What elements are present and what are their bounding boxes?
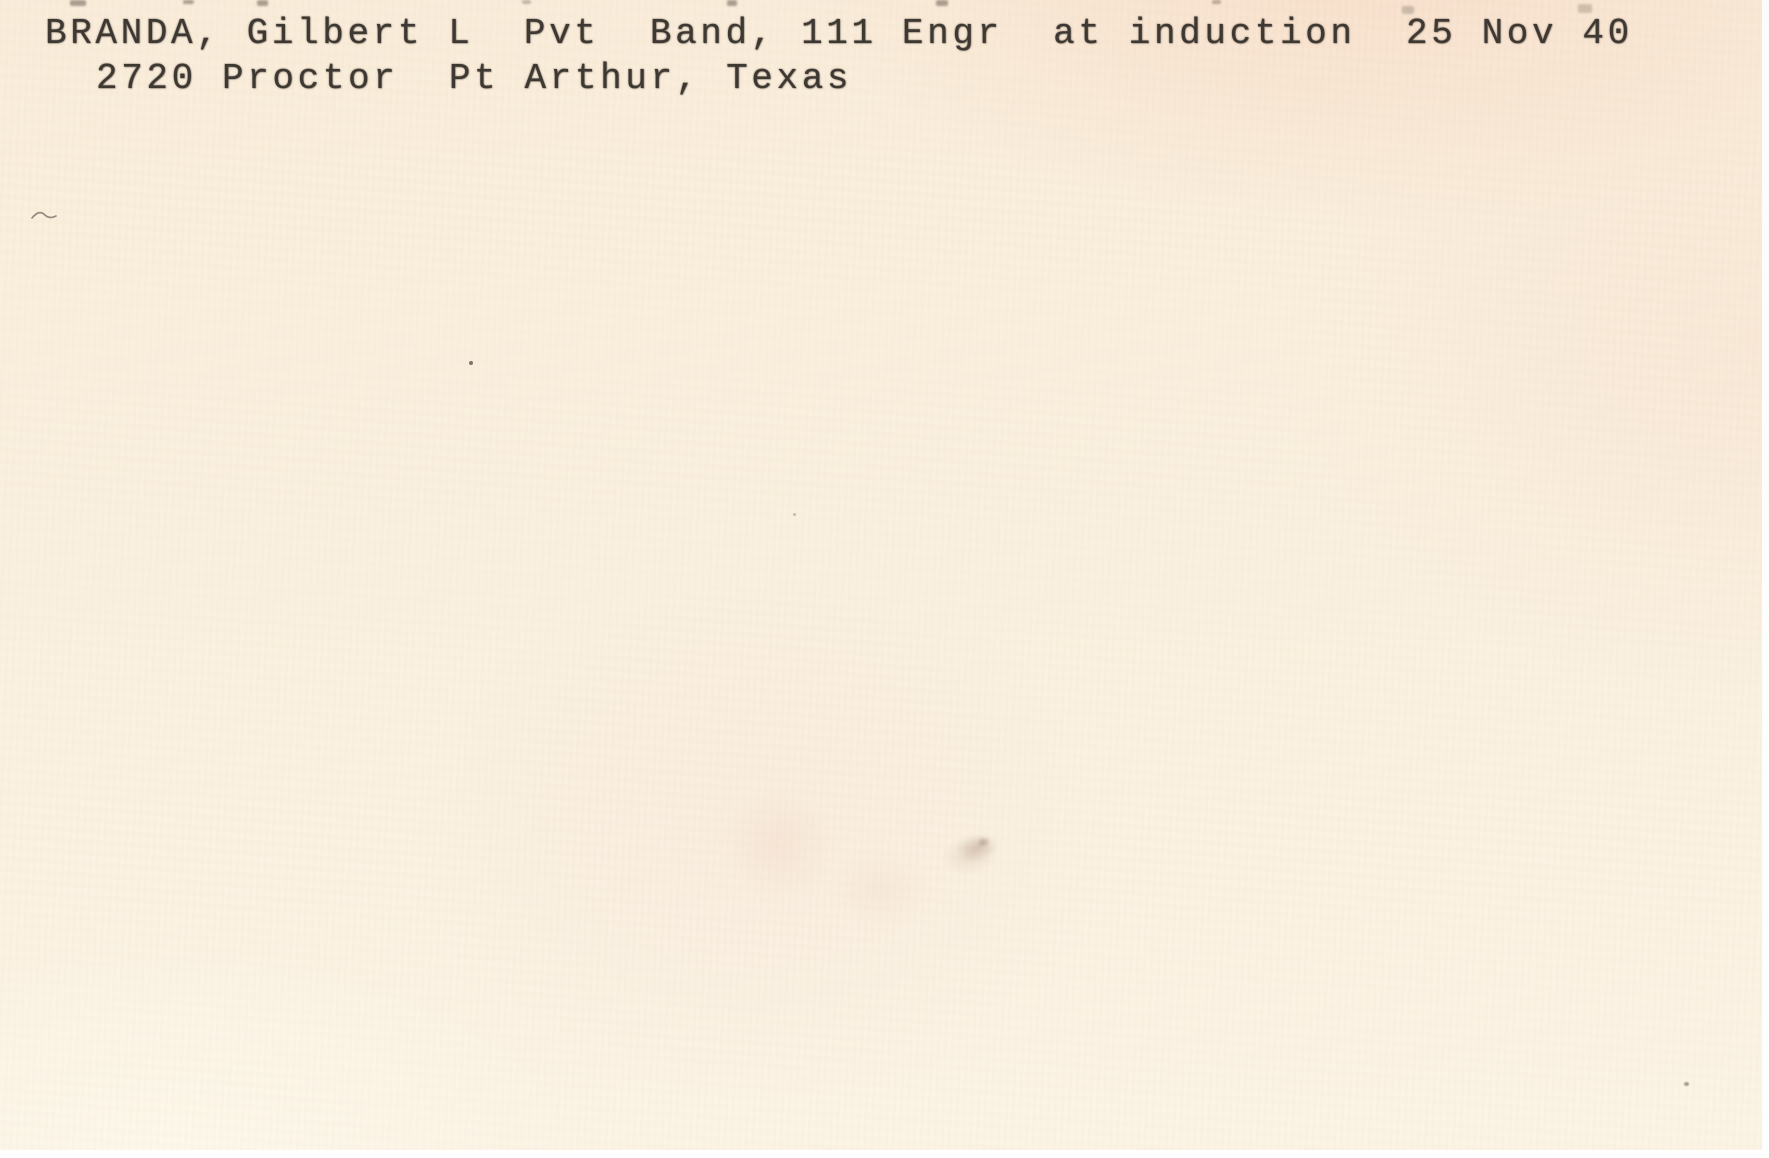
brown-ink-smudge	[934, 815, 1013, 880]
paper-grain-texture	[0, 0, 1769, 1158]
top-edge-ink-mark	[936, 0, 948, 6]
dark-speck	[1684, 1082, 1689, 1086]
dark-speck	[793, 513, 796, 516]
top-edge-ink-mark	[727, 0, 737, 6]
typed-line-2: 2720 Proctor Pt Arthur, Texas	[96, 61, 852, 97]
scan-edge-right	[1762, 0, 1769, 1158]
top-edge-ink-mark	[1402, 6, 1414, 14]
top-edge-ink-mark	[70, 0, 86, 6]
dark-speck	[469, 361, 473, 365]
top-edge-ink-mark	[1578, 4, 1592, 13]
scanned-index-card: BRANDA, Gilbert L Pvt Band, 111 Engr at …	[0, 0, 1769, 1158]
top-edge-ink-mark	[522, 0, 531, 4]
scan-edge-bottom	[0, 1150, 1769, 1158]
top-edge-ink-mark	[183, 0, 194, 4]
faint-pink-stain	[800, 830, 960, 950]
top-edge-ink-mark	[257, 0, 268, 6]
typed-line-1: BRANDA, Gilbert L Pvt Band, 111 Engr at …	[45, 16, 1633, 52]
top-edge-ink-mark	[1212, 0, 1221, 4]
pencil-squiggle-mark	[30, 208, 58, 224]
